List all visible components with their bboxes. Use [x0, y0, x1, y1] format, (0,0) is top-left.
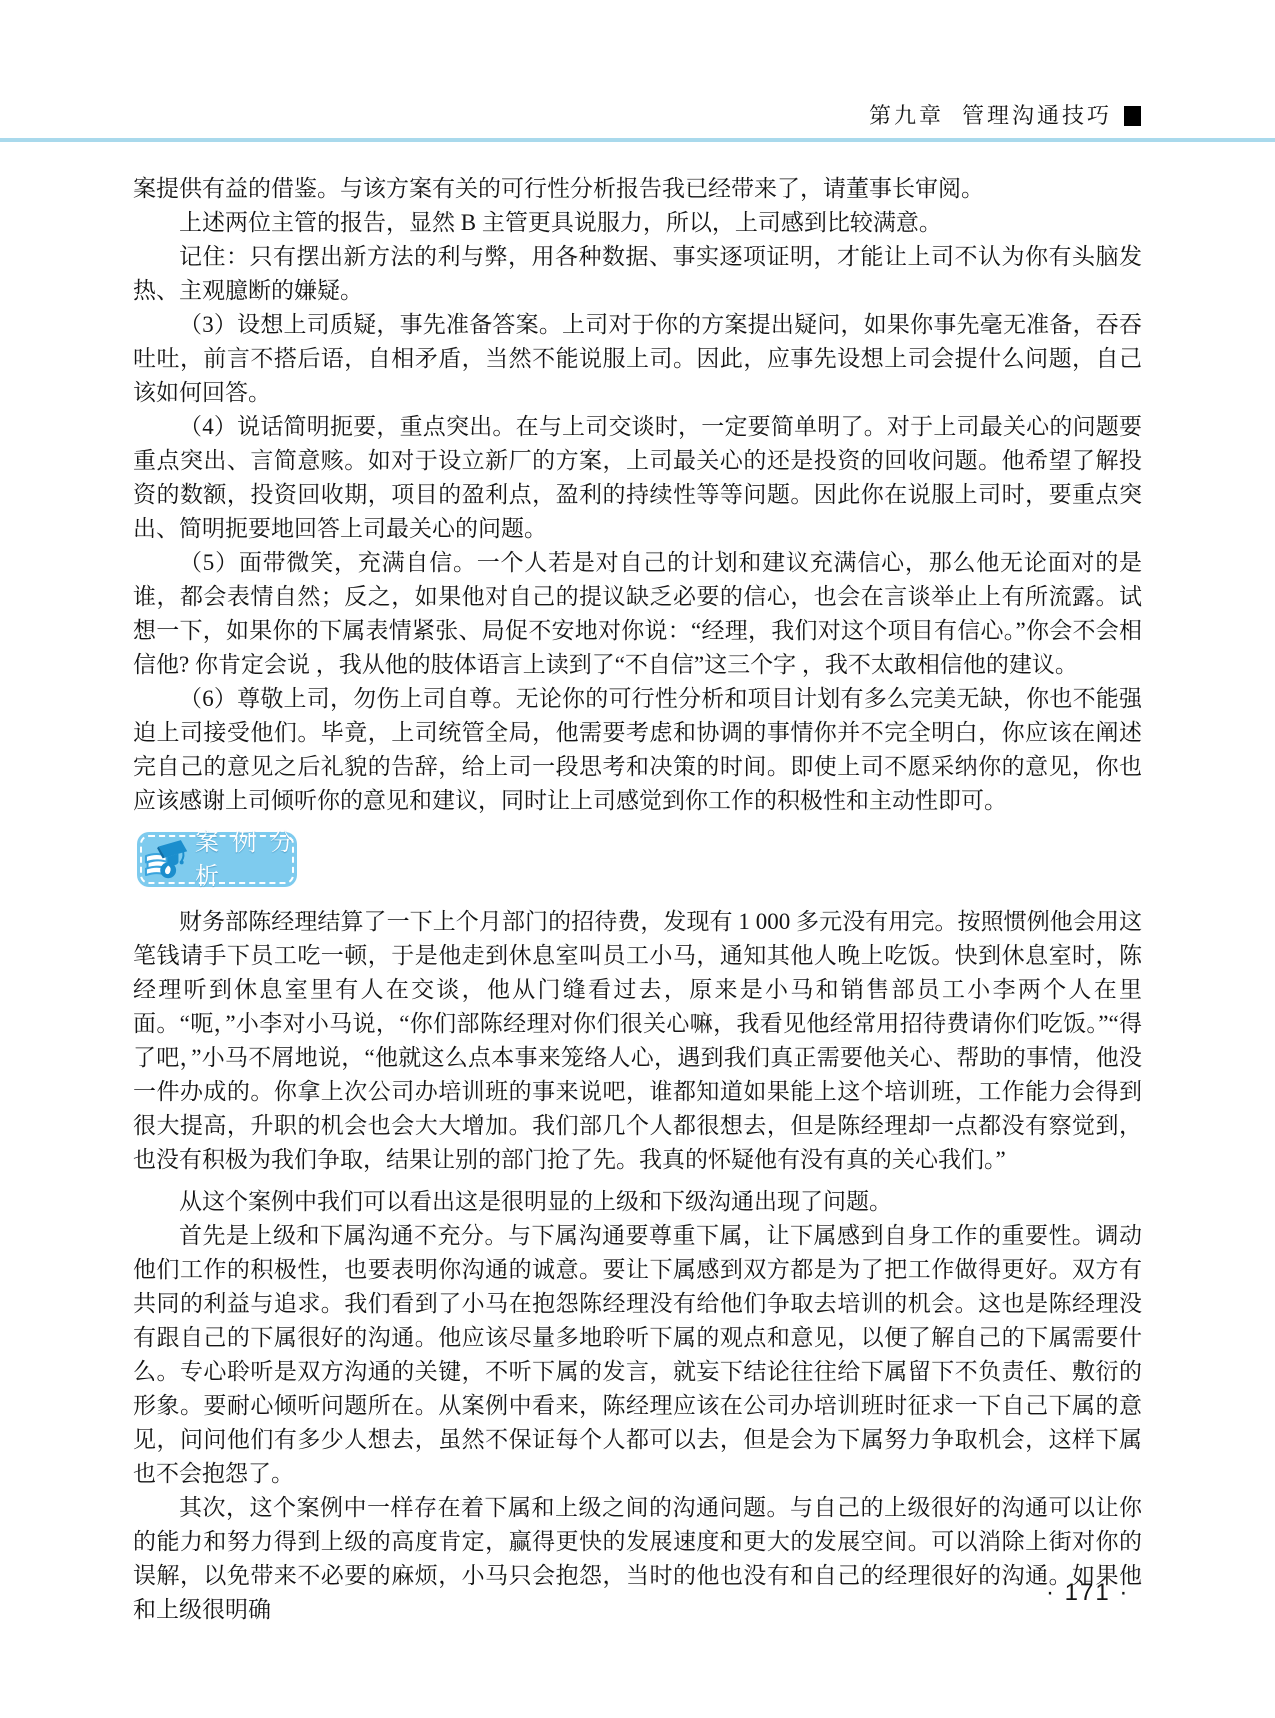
body-paragraph: （3）设想上司质疑，事先准备答案。上司对于你的方案提出疑问，如果你事先毫无准备，…: [133, 308, 1142, 410]
case-analysis-badge: 案例分析: [137, 832, 297, 887]
case-paragraph: 财务部陈经理结算了一下上个月部门的招待费，发现有 1 000 多元没有用完。按照…: [133, 905, 1142, 1177]
body-paragraph: （6）尊敬上司，勿伤上司自尊。无论你的可行性分析和项目计划有多么完美无缺，你也不…: [133, 682, 1142, 818]
analysis-paragraph: 其次，这个案例中一样存在着下属和上级之间的沟通问题。与自己的上级很好的沟通可以让…: [133, 1491, 1142, 1627]
analysis-paragraph: 首先是上级和下属沟通不充分。与下属沟通要尊重下属，让下属感到自身工作的重要性。调…: [133, 1219, 1142, 1491]
body-paragraph: 记住：只有摆出新方法的利与弊，用各种数据、事实逐项证明，才能让上司不认为你有头脑…: [133, 240, 1142, 308]
body-paragraph: 案提供有益的借鉴。与该方案有关的可行性分析报告我已经带来了，请董事长审阅。: [133, 172, 1142, 206]
chapter-marker-square-icon: [1124, 106, 1141, 126]
books-graduation-cap-icon: [137, 832, 193, 887]
analysis-paragraph: 从这个案例中我们可以看出这是很明显的上级和下级沟通出现了问题。: [133, 1185, 1142, 1219]
chapter-title: 管理沟通技巧: [962, 103, 1112, 128]
badge-label: 案例分析: [195, 826, 297, 894]
body-paragraph: 上述两位主管的报告，显然 B 主管更具说服力，所以，上司感到比较满意。: [133, 206, 1142, 240]
body-paragraph: （4）说话简明扼要，重点突出。在与上司交谈时，一定要简单明了。对于上司最关心的问…: [133, 410, 1142, 546]
book-page: 第九章管理沟通技巧 案提供有益的借鉴。与该方案有关的可行性分析报告我已经带来了，…: [0, 0, 1275, 1718]
chapter-number: 第九章: [869, 103, 944, 128]
body-paragraph: （5）面带微笑，充满自信。一个人若是对自己的计划和建议充满信心，那么他无论面对的…: [133, 546, 1142, 682]
page-number: · 171 ·: [1046, 1579, 1129, 1607]
header-rule: [0, 138, 1275, 142]
page-content: 案提供有益的借鉴。与该方案有关的可行性分析报告我已经带来了，请董事长审阅。 上述…: [133, 172, 1142, 1627]
running-head: 第九章管理沟通技巧: [869, 99, 1141, 130]
